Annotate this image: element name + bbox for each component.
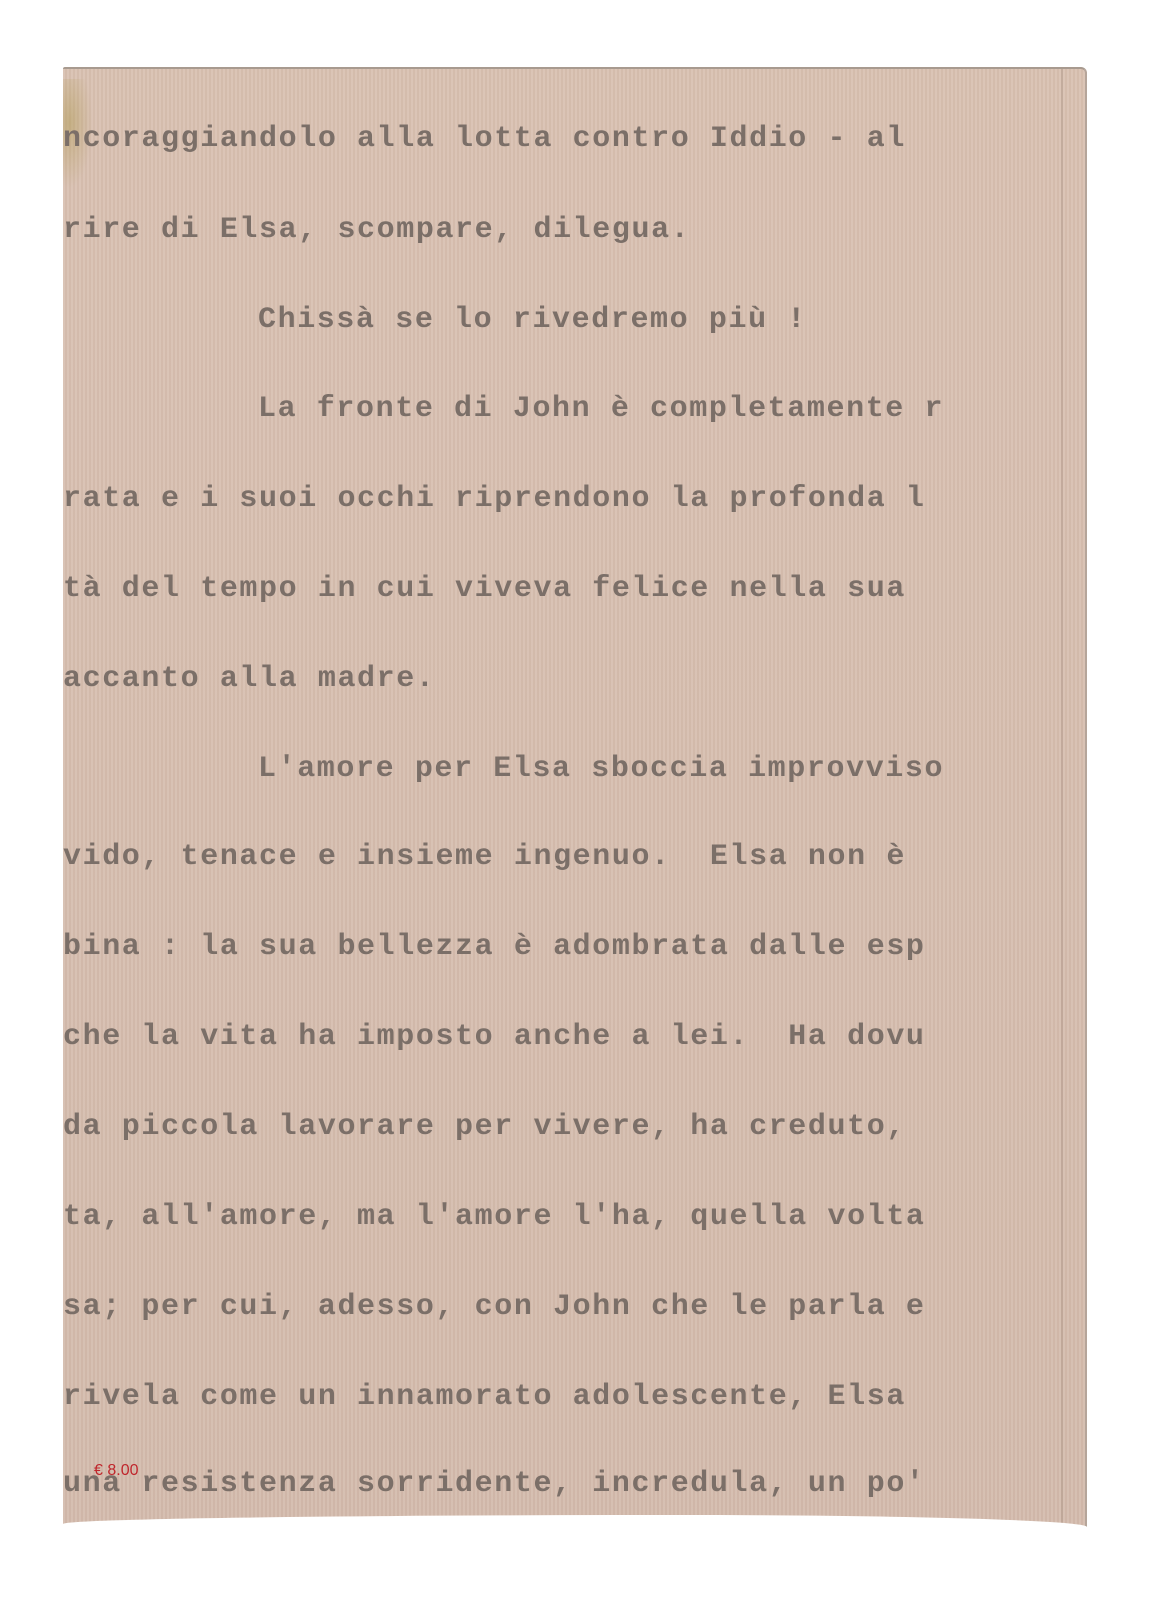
text-line: tà del tempo in cui viveva felice nella … xyxy=(63,574,906,604)
text-line: rire di Elsa, scompare, dilegua. xyxy=(63,215,690,245)
text-line: rivela come un innamorato adolescente, E… xyxy=(63,1382,906,1412)
text-line: che la vita ha imposto anche a lei. Ha d… xyxy=(63,1022,926,1052)
manuscript-page: ncoraggiandolo alla lotta contro Iddio -… xyxy=(63,67,1087,1535)
text-line: rata e i suoi occhi riprendono la profon… xyxy=(63,484,926,514)
text-line: sa; per cui, adesso, con John che le par… xyxy=(63,1292,926,1322)
text-line: ta, all'amore, ma l'amore l'ha, quella v… xyxy=(63,1202,926,1232)
text-line: La fronte di John è completamente r xyxy=(258,394,944,424)
text-line: accanto alla madre. xyxy=(63,664,435,694)
text-line: L'amore per Elsa sboccia improvviso xyxy=(258,754,944,784)
text-line: bina : la sua bellezza è adombrata dalle… xyxy=(63,932,926,962)
text-line: vido, tenace e insieme ingenuo. Elsa non… xyxy=(63,842,906,872)
text-line: ncoraggiandolo alla lotta contro Iddio -… xyxy=(63,124,906,154)
price-label: € 8.00 xyxy=(94,1462,138,1480)
text-line: Chissà se lo rivedremo più ! xyxy=(258,305,807,335)
text-line: una resistenza sorridente, incredula, un… xyxy=(63,1469,926,1499)
text-line: da piccola lavorare per vivere, ha credu… xyxy=(63,1112,906,1142)
page-torn-bottom-edge xyxy=(63,1515,1087,1545)
